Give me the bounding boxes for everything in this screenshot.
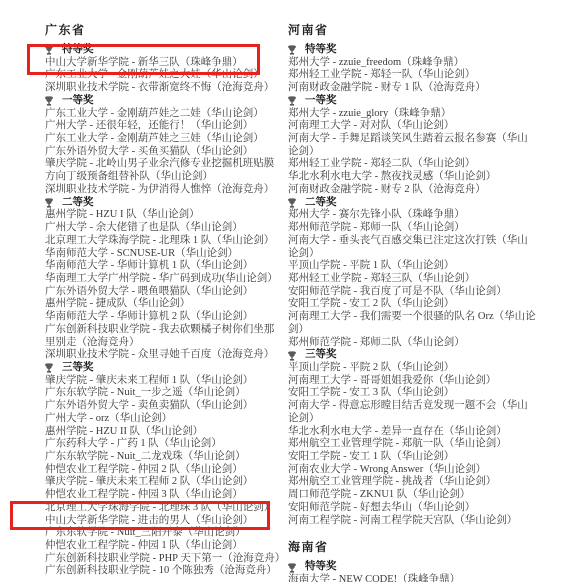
award-level-heading: 一等奖 <box>288 95 570 108</box>
entry-line: 郑州师范学院 - 郑师一队（华山论剑） <box>288 222 570 235</box>
entry-line: 郑州航空工业管理学院 - 郑航一队（华山论剑） <box>288 438 570 451</box>
entry-line: 河南大学 - 手舞足蹈谈笑风生踏着云报名参赛（华山 <box>288 133 570 146</box>
award-level-heading: 特等奖 <box>288 44 570 57</box>
entry-line: 北京理工大学珠海学院 - 北理珠 3 队（华山论剑） <box>45 502 291 515</box>
entry-line: 广东外语外贸大学 - 买鱼买猫队（华山论剑） <box>45 146 291 159</box>
entry-line: 广东东软学院 - Nuit_一步之遥（华山论剑） <box>45 387 291 400</box>
entry-line: 惠州学院 - HZU I 队（华山论剑） <box>45 209 291 222</box>
entry-line: 肇庆学院 - 肇庆未来工程师 1 队（华山论剑） <box>45 375 291 388</box>
entry-line: 河南大学 - 垂头丧气百感交集已注定这次打铁（华山 <box>288 235 570 248</box>
entry-line: 广东工业大学 - 金刚葫芦娃之大娃（华山论剑） <box>45 69 291 82</box>
entry-line: 安阳师范学院 - 我百度了可是不队（华山论剑） <box>288 286 570 299</box>
entry-line: 郑州大学 - 赛尔先锋小队（珠峰争鼎） <box>288 209 570 222</box>
column-henan-hainan: 河南省 特等奖郑州大学 - zzuie_freedom（珠峰争鼎）郑州轻工业学院… <box>288 22 570 582</box>
entry-line: 仲恺农业工程学院 - 仲园 2 队（华山论剑） <box>45 464 291 477</box>
entry-line: 肇庆学院 - 肇庆未来工程师 2 队（华山论剑） <box>45 476 291 489</box>
trophy-icon <box>288 351 296 361</box>
entry-line: 深圳职业技术学院 - 衣带渐宽终不悔（沧海竞舟） <box>45 82 291 95</box>
entry-line: 郑州大学 - zzuie_glory（珠峰争鼎） <box>288 108 570 121</box>
trophy-icon <box>288 96 296 106</box>
entry-line: 郑州大学 - zzuie_freedom（珠峰争鼎） <box>288 57 570 70</box>
award-level-label: 三等奖 <box>305 349 337 362</box>
entry-continuation-line: 剑） <box>288 324 570 337</box>
award-level-heading: 一等奖 <box>45 95 291 108</box>
results-document-page: 广东省 特等奖中山大学新华学院 - 新华三队（珠峰争鼎）广东工业大学 - 金刚葫… <box>0 0 577 582</box>
entry-continuation-line: 论剑） <box>288 413 570 426</box>
entry-line: 华北水利水电大学 - 差异一直存在（华山论剑） <box>288 426 570 439</box>
province-heading: 河南省 <box>288 22 570 38</box>
province-heading: 广东省 <box>45 22 291 38</box>
entry-line: 广东外语外贸大学 - 卖鱼卖猫队（华山论剑） <box>45 400 291 413</box>
entry-line: 华南师范大学 - 华师计算机 1 队（华山论剑） <box>45 260 291 273</box>
award-level-heading: 二等奖 <box>45 197 291 210</box>
entry-line: 广东创新科技职业学院 - 10 个陈独秀（沧海竞舟） <box>45 565 291 578</box>
entry-line: 安阳工学院 - 安工 2 队（华山论剑） <box>288 298 570 311</box>
entry-line: 河南理工大学 - 我们需要一个很骚的队名 Orz（华山论 <box>288 311 570 324</box>
entry-line: 华南理工大学广州学院 - 华广码到成功(华山论剑） <box>45 273 291 286</box>
trophy-icon <box>288 563 296 573</box>
award-level-label: 特等奖 <box>305 44 337 57</box>
award-level-label: 三等奖 <box>62 362 94 375</box>
entry-line: 广州大学 - orz（华山论剑） <box>45 413 291 426</box>
entry-continuation-line: 里别走（沧海竞舟） <box>45 337 291 350</box>
entry-line: 肇庆学院 - 北岭山男子业余汽修专业挖掘机班贴膜 <box>45 158 291 171</box>
entry-line: 华南师范大学 - 华师计算机 2 队（华山论剑） <box>45 311 291 324</box>
trophy-icon <box>45 198 53 208</box>
award-level-heading: 二等奖 <box>288 197 570 210</box>
entry-line: 河南农业大学 - Wrong Answer（华山论剑） <box>288 464 570 477</box>
entry-line: 广东工业大学 - 金刚葫芦娃之二娃（华山论剑） <box>45 108 291 121</box>
award-level-heading: 三等奖 <box>45 362 291 375</box>
entry-line: 郑州航空工业管理学院 - 挑战者（华山论剑） <box>288 476 570 489</box>
entry-line: 广东工业大学 - 金刚葫芦娃之三娃（华山论剑） <box>45 133 291 146</box>
trophy-icon <box>45 363 53 373</box>
entry-line: 广东药科大学 - 广药 1 队（华山论剑） <box>45 438 291 451</box>
trophy-icon <box>45 45 53 55</box>
entry-line: 华南师范大学 - SCNUSE-UR（华山论剑） <box>45 248 291 261</box>
award-level-label: 二等奖 <box>62 197 94 210</box>
entry-line: 河南理工大学 - 对对队（华山论剑） <box>288 120 570 133</box>
entry-line: 郑州轻工业学院 - 郑轻一队（华山论剑） <box>288 69 570 82</box>
entry-line: 平顶山学院 - 平院 2 队（华山论剑） <box>288 362 570 375</box>
entry-line: 仲恺农业工程学院 - 仲园 1 队（华山论剑） <box>45 540 291 553</box>
entry-line: 海南大学 - NEW CODE!（珠峰争鼎） <box>288 574 570 582</box>
entry-line: 北京理工大学珠海学院 - 北理珠 1 队（华山论剑） <box>45 235 291 248</box>
entry-line: 广东外语外贸大学 - 喂鱼喂猫队（华山论剑） <box>45 286 291 299</box>
entry-line: 广州大学 - 余大佬错了也是队（华山论剑） <box>45 222 291 235</box>
trophy-icon <box>288 45 296 55</box>
entry-line: 广州大学 - 还很年轻，还能行！（华山论剑） <box>45 120 291 133</box>
entry-line: 周口师范学院 - ZKNU1 队（华山论剑） <box>288 489 570 502</box>
trophy-icon <box>288 198 296 208</box>
entry-continuation-line: 论剑） <box>288 248 570 261</box>
entry-line: 中山大学新华学院 - 进击的男人（华山论剑） <box>45 515 291 528</box>
entry-line: 安阳工学院 - 安工 1 队（华山论剑） <box>288 451 570 464</box>
entry-line: 安阳师范学院 - 好想去华山（华山论剑） <box>288 502 570 515</box>
award-level-label: 一等奖 <box>62 95 94 108</box>
entry-line: 广东创新科技职业学院 - PHP 天下第一（沧海竞舟） <box>45 553 291 566</box>
entry-line: 中山大学新华学院 - 新华三队（珠峰争鼎） <box>45 57 291 70</box>
award-level-heading: 三等奖 <box>288 349 570 362</box>
entry-line: 广东东软学院 - Nuit_三阳开泰（华山论剑） <box>45 527 291 540</box>
entry-line: 广东东软学院 - Nuit_二龙戏珠（华山论剑） <box>45 451 291 464</box>
province-heading-label: 河南省 <box>288 23 329 37</box>
entry-line: 河南理工大学 - 哥哥姐姐我爱你（华山论剑） <box>288 375 570 388</box>
entry-line: 河南财政金融学院 - 财专 2 队（沧海竞舟） <box>288 184 570 197</box>
entry-line: 郑州师范学院 - 郑师二队（华山论剑） <box>288 337 570 350</box>
entry-line: 仲恺农业工程学院 - 仲园 3 队（华山论剑） <box>45 489 291 502</box>
entry-line: 深圳职业技术学院 - 为伊消得人憔悴（沧海竞舟） <box>45 184 291 197</box>
province-heading: 海南省 <box>288 539 570 555</box>
entry-continuation-line: 方向丁级预备组替补队（华山论剑） <box>45 171 291 184</box>
entry-line: 河南大学 - 得意忘形瞠目结舌竟发现一题不会（华山 <box>288 400 570 413</box>
entry-line: 广东创新科技职业学院 - 我去砍颗橘子树你们坐那 <box>45 324 291 337</box>
entry-continuation-line: 论剑） <box>288 146 570 159</box>
entry-line: 安阳工学院 - 安工 3 队（华山论剑） <box>288 387 570 400</box>
entry-line: 深圳职业技术学院 - 众里寻她千百度（沧海竞舟） <box>45 349 291 362</box>
award-level-heading: 特等奖 <box>45 44 291 57</box>
award-level-heading: 特等奖 <box>288 561 570 574</box>
trophy-icon <box>45 96 53 106</box>
column-guangdong: 广东省 特等奖中山大学新华学院 - 新华三队（珠峰争鼎）广东工业大学 - 金刚葫… <box>45 22 291 578</box>
province-heading-label: 海南省 <box>288 540 329 554</box>
entry-line: 惠州学院 - 捷成队（华山论剑） <box>45 298 291 311</box>
award-level-label: 特等奖 <box>305 561 337 574</box>
entry-line: 郑州轻工业学院 - 郑轻三队（华山论剑） <box>288 273 570 286</box>
entry-line: 惠州学院 - HZU II 队（华山论剑） <box>45 426 291 439</box>
award-level-label: 二等奖 <box>305 197 337 210</box>
province-heading-label: 广东省 <box>45 23 86 37</box>
entry-line: 河南财政金融学院 - 财专 1 队（沧海竞舟） <box>288 82 570 95</box>
award-level-label: 特等奖 <box>62 44 94 57</box>
entry-line: 河南工程学院 - 河南工程学院天宫队（华山论剑） <box>288 515 570 528</box>
entry-line: 华北水利水电大学 - 熬夜找灵感（华山论剑） <box>288 171 570 184</box>
award-level-label: 一等奖 <box>305 95 337 108</box>
entry-line: 平顶山学院 - 平院 1 队（华山论剑） <box>288 260 570 273</box>
entry-line: 郑州轻工业学院 - 郑轻二队（华山论剑） <box>288 158 570 171</box>
